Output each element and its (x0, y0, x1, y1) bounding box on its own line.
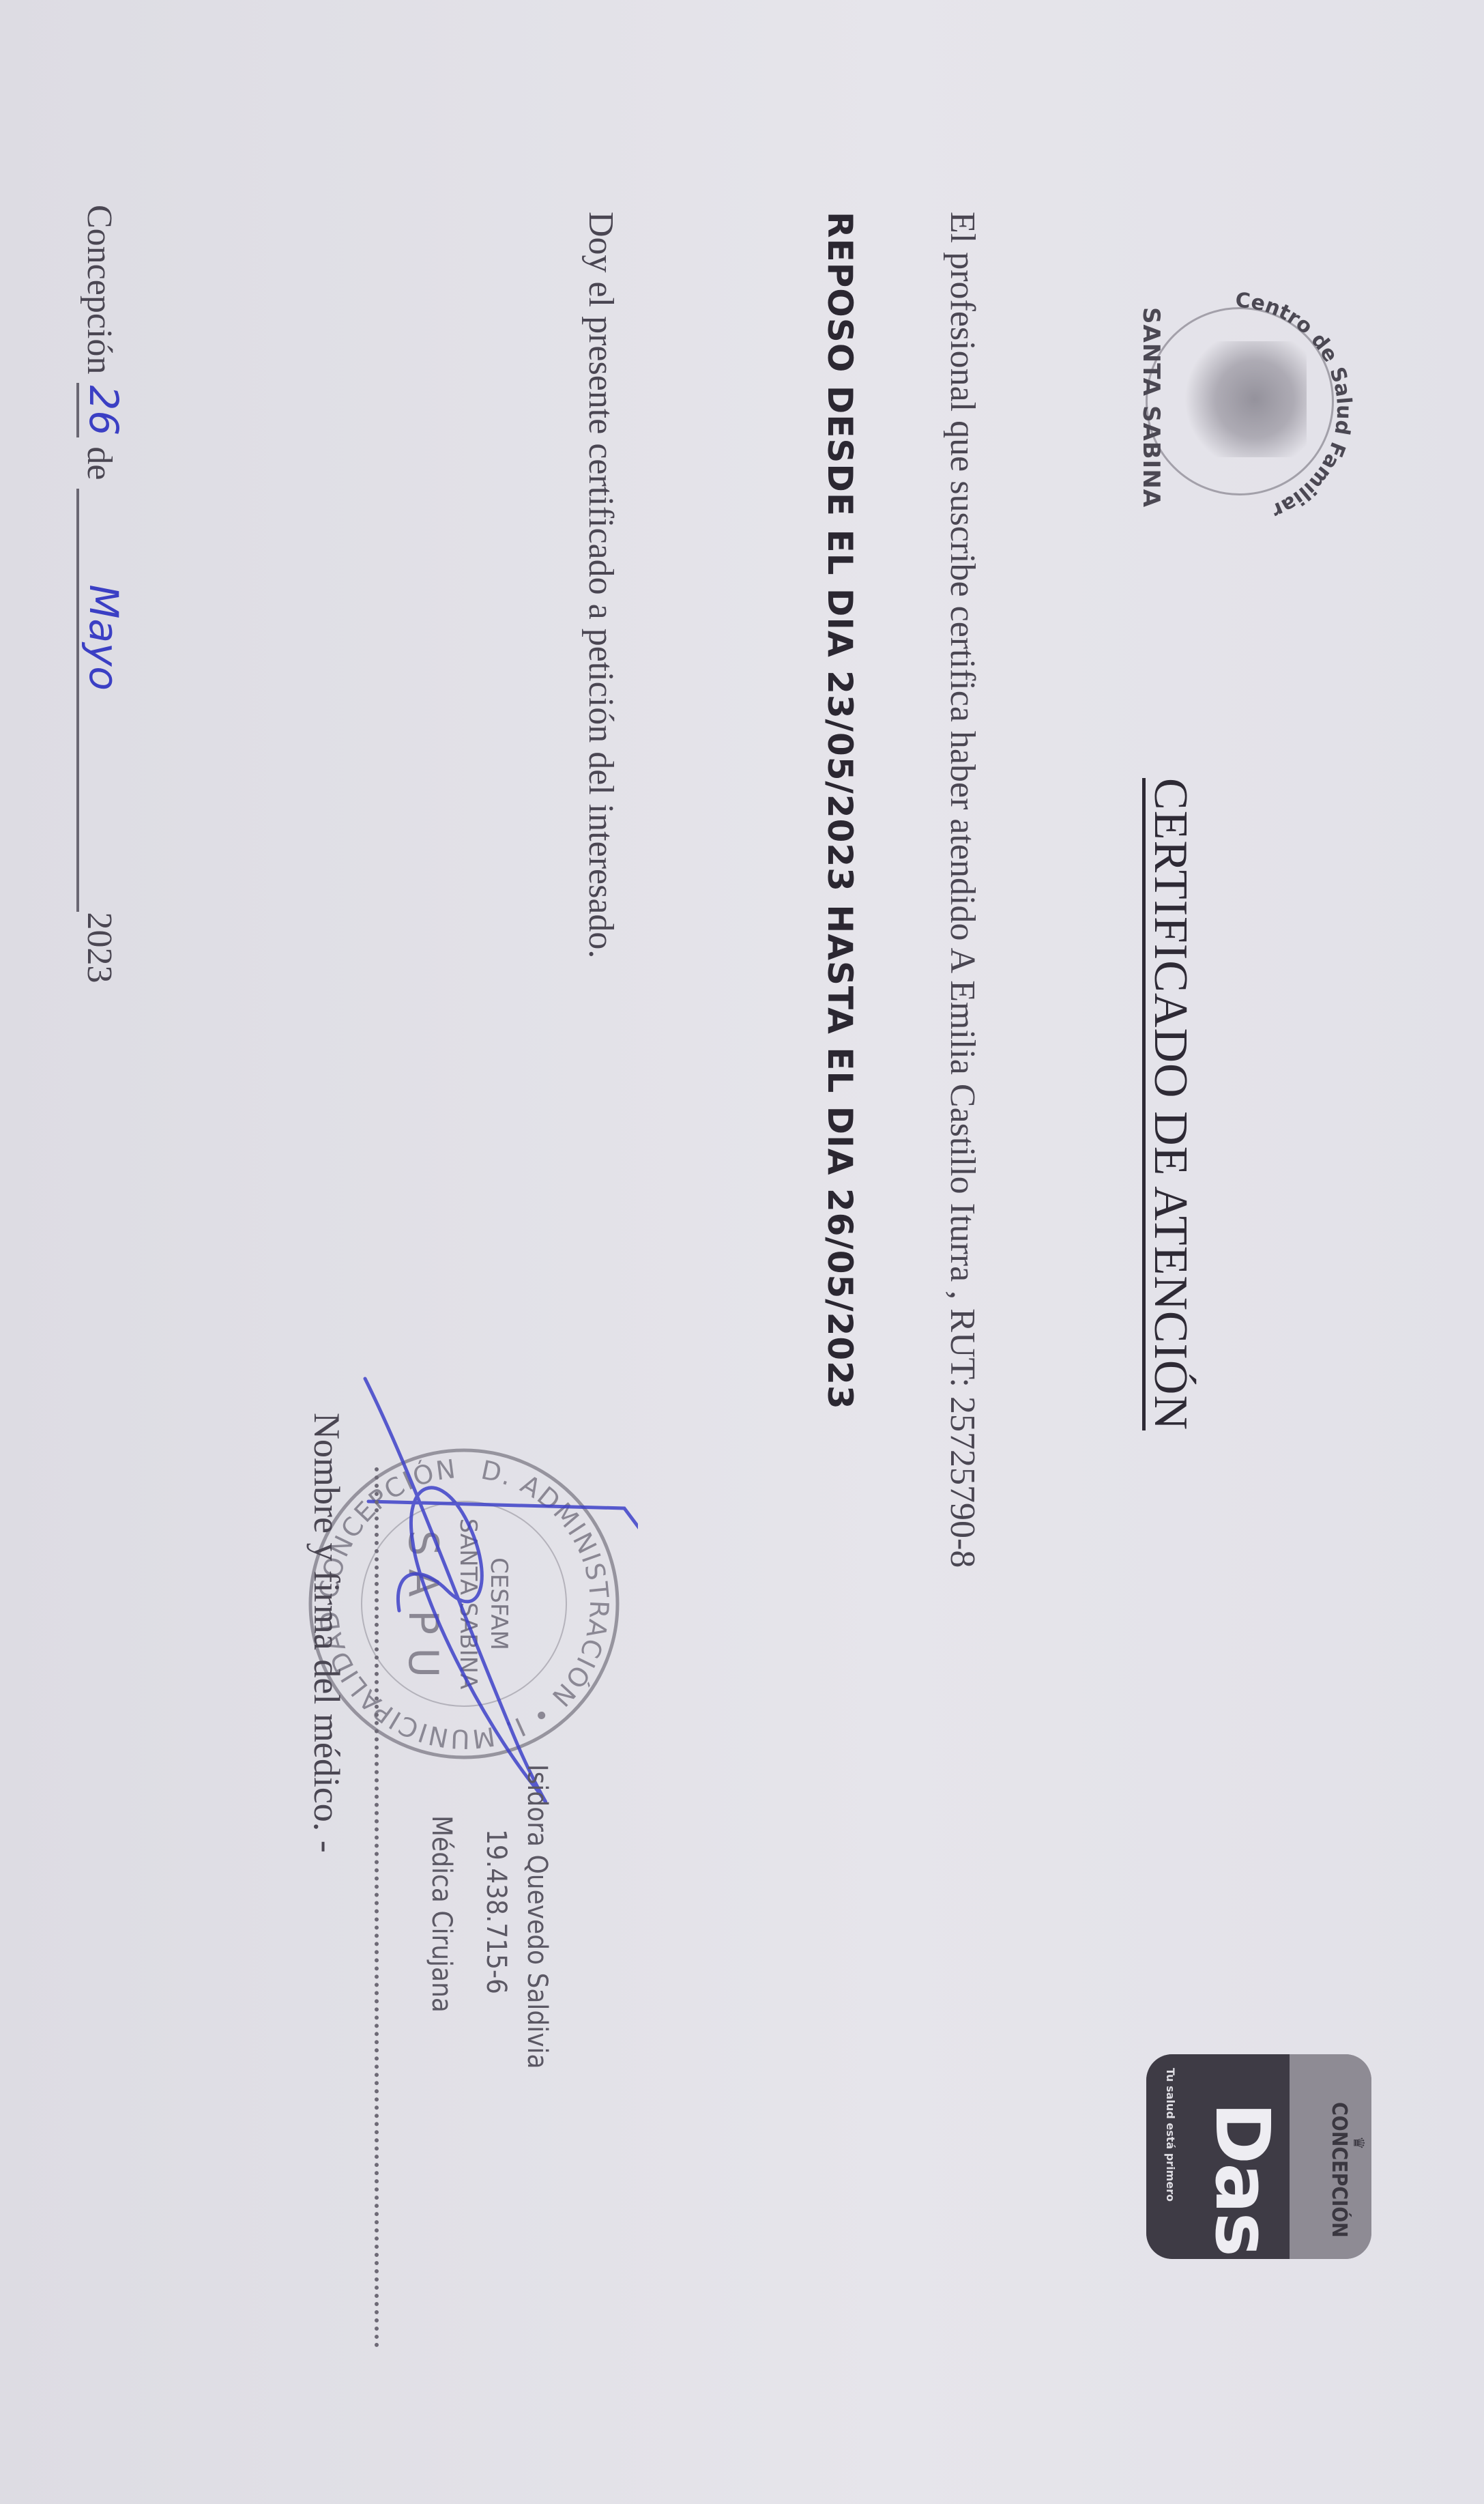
concepcion-crest-icon: ♛ (1350, 2136, 1367, 2150)
date-day-field: 26 (76, 383, 119, 437)
das-tagline: Tu salud está primero (1164, 2068, 1177, 2202)
date-city: Concepción (80, 205, 119, 374)
date-line: Concepción 26 de Mayo 2023 (76, 205, 119, 983)
doctor-name: Isidora Quevedo Saldivia (521, 1764, 553, 2069)
date-connector: de (80, 446, 119, 480)
cesfam-arc-text: Centro de Salud Familiar (1136, 259, 1382, 560)
das-logo: ♛ CONCEPCIÓN Das Tu salud está primero (1146, 2054, 1371, 2259)
date-month-field: Mayo (76, 489, 119, 912)
doctor-title: Médica Cirujana (426, 1815, 457, 2013)
certification-statement: El profesional que suscribe certifica ha… (942, 212, 983, 1568)
doctor-rut: 19.438.715-6 (480, 1829, 512, 1994)
document-title: CERTIFICADO DE ATENCIÓN (1143, 778, 1197, 1430)
cesfam-name: SANTA SABINA (1137, 307, 1165, 508)
signature-line (375, 1467, 379, 2348)
date-day: 26 (81, 385, 127, 435)
cesfam-logo: Centro de Salud Familiar SANTA SABINA (1136, 259, 1382, 560)
signature-caption: Nombre y firma del médico. - (306, 1413, 348, 1853)
certificate-page: Centro de Salud Familiar SANTA SABINA ♛ … (0, 0, 1484, 2504)
rest-period: REPOSO DESDE EL DIA 23/05/2023 HASTA EL … (820, 212, 860, 1410)
das-city: CONCEPCIÓN (1327, 2102, 1351, 2238)
date-month: Mayo (81, 584, 127, 690)
svg-text:Centro de Salud Familiar: Centro de Salud Familiar (1234, 289, 1356, 523)
das-logo-icon: Das (1199, 2102, 1286, 2256)
date-year: 2023 (80, 912, 119, 983)
petition-statement: Doy el presente certificado a petición d… (581, 212, 621, 958)
doctor-signature (310, 1365, 638, 1843)
